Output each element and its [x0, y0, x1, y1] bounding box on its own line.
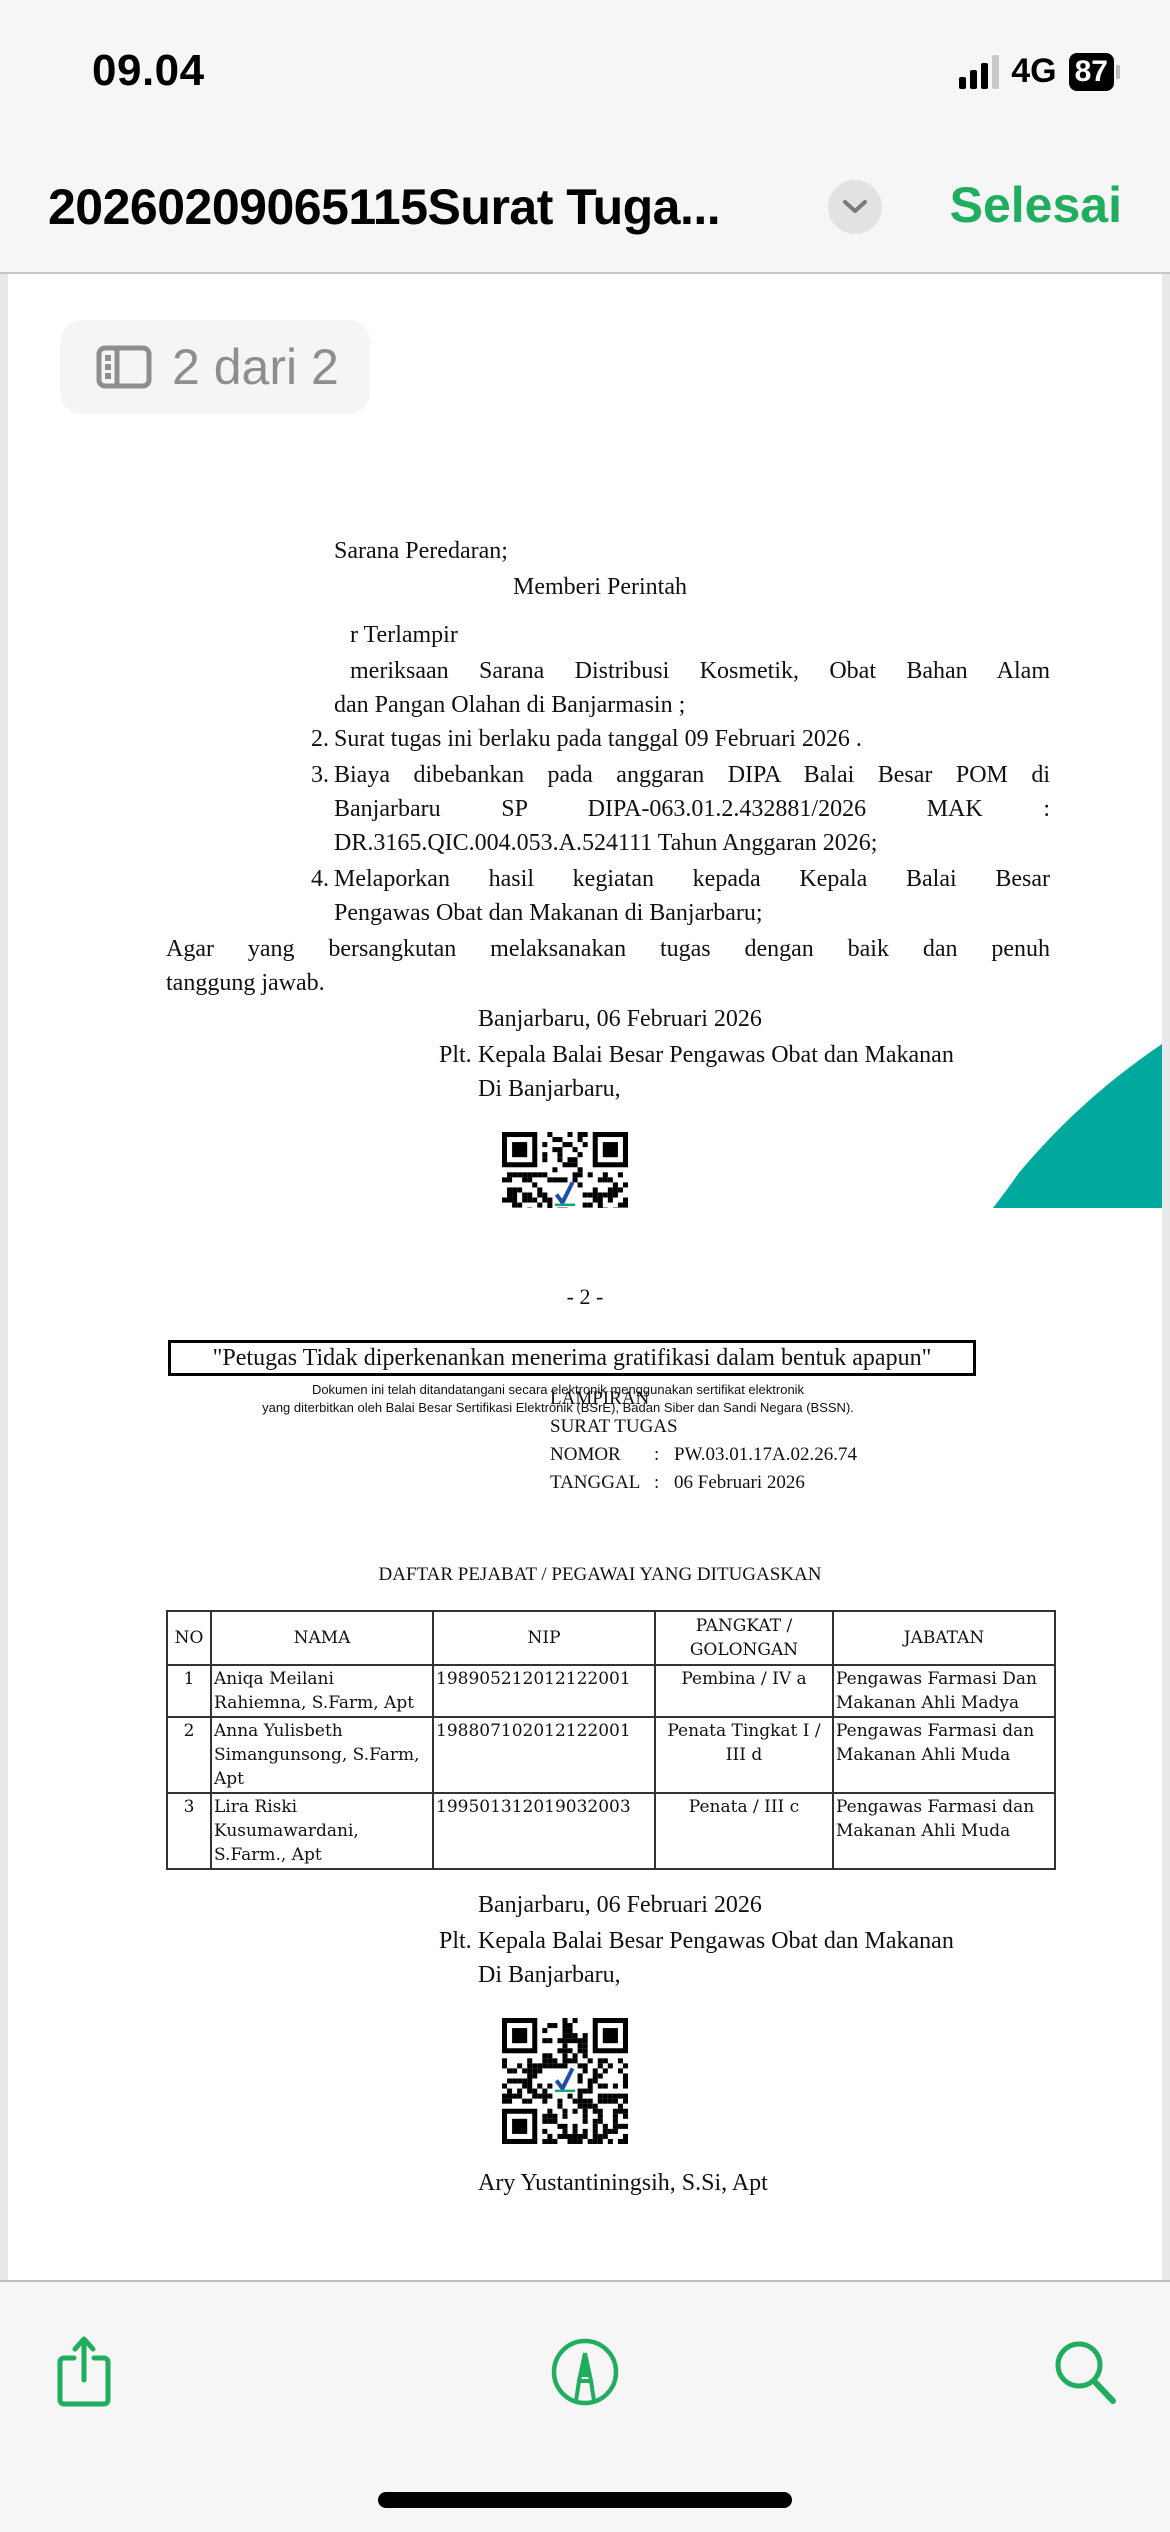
- tanggal-label: TANGGAL: [550, 1468, 654, 1498]
- text-line: meriksaan Sarana Distribusi Kosmetik, Ob…: [350, 654, 1050, 688]
- search-button[interactable]: [1036, 2322, 1136, 2422]
- section-heading: Memberi Perintah: [8, 570, 1162, 604]
- closing-text: tanggung jawab.: [166, 966, 325, 1000]
- surat-tugas-label: SURAT TUGAS: [550, 1412, 857, 1442]
- list-item-text: Melaporkan hasil kegiatan kepada Kepala …: [334, 862, 1050, 896]
- list-item-text: Biaya dibebankan pada anggaran DIPA Bala…: [334, 758, 1050, 792]
- header-pangkat: PANGKAT / GOLONGAN: [655, 1611, 833, 1665]
- cell-jabatan: Pengawas Farmasi dan Makanan Ahli Muda: [833, 1717, 1055, 1793]
- esign-notice-line-1: Dokumen ini telah ditandatangani secara …: [148, 1382, 968, 1397]
- search-icon: [1051, 2337, 1121, 2407]
- list-number: 4.: [311, 862, 329, 896]
- signature-position: Kepala Balai Besar Pengawas Obat dan Mak…: [478, 1924, 954, 1958]
- chevron-down-icon: [842, 199, 868, 215]
- cell-nama: Aniqa Meilani Rahiemna, S.Farm, Apt: [211, 1665, 433, 1717]
- signature-place-date: Banjarbaru, 06 Februari 2026: [478, 1002, 762, 1036]
- cell-jabatan: Pengawas Farmasi Dan Makanan Ahli Madya: [833, 1665, 1055, 1717]
- share-icon: [54, 2334, 114, 2410]
- list-number: 3.: [311, 758, 329, 792]
- document-title[interactable]: 20260209065115Surat Tuga...: [48, 178, 720, 236]
- nomor-label: NOMOR: [550, 1440, 654, 1470]
- document-viewer[interactable]: Sarana Peredaran; Memberi Perintah r Ter…: [0, 274, 1170, 2280]
- cell-nama: Lira Riski Kusumawardani, S.Farm., Apt: [211, 1793, 433, 1869]
- cell-pangkat: Penata Tingkat I / III d: [655, 1717, 833, 1793]
- table-title: DAFTAR PEJABAT / PEGAWAI YANG DITUGASKAN: [8, 1564, 1162, 1586]
- markup-button[interactable]: [535, 2322, 635, 2422]
- network-type: 4G: [1011, 52, 1056, 91]
- page-number: - 2 -: [8, 1284, 1162, 1310]
- cell-no: 3: [167, 1793, 211, 1869]
- text-line: dan Pangan Olahan di Banjarmasin ;: [334, 688, 685, 722]
- cell-nip: 198807102012122001: [433, 1717, 655, 1793]
- tanggal-value: 06 Februari 2026: [674, 1468, 805, 1498]
- list-item-text: Pengawas Obat dan Makanan di Banjarbaru;: [334, 896, 763, 930]
- signature-location: Di Banjarbaru,: [478, 1958, 621, 1992]
- signature-prefix: Plt.: [439, 1038, 472, 1072]
- status-bar: 09.04 4G 87: [0, 0, 1170, 150]
- table-row: 2Anna Yulisbeth Simangunsong, S.Farm, Ap…: [167, 1717, 1055, 1793]
- gratification-notice: "Petugas Tidak diperkenankan menerima gr…: [168, 1340, 976, 1376]
- signature-position: Kepala Balai Besar Pengawas Obat dan Mak…: [478, 1038, 954, 1072]
- cell-nip: 199501312019032003: [433, 1793, 655, 1869]
- markup-pen-icon: [550, 2337, 620, 2407]
- signatory-name: Ary Yustantiningsih, S.Si, Apt: [478, 2166, 768, 2200]
- cellular-signal-icon: [959, 55, 999, 89]
- signature-location: Di Banjarbaru,: [478, 1072, 621, 1106]
- home-indicator[interactable]: [378, 2492, 792, 2508]
- status-indicators: 4G 87: [959, 52, 1120, 91]
- list-item-text: Banjarbaru SP DIPA-063.01.2.432881/2026 …: [334, 792, 1050, 826]
- header-jabatan: JABATAN: [833, 1611, 1055, 1665]
- list-number: 2.: [311, 722, 329, 756]
- cell-no: 2: [167, 1717, 211, 1793]
- table-row: 3Lira Riski Kusumawardani, S.Farm., Apt1…: [167, 1793, 1055, 1869]
- navigation-bar: 20260209065115Surat Tuga... Selesai: [0, 150, 1170, 274]
- header-nama: NAMA: [211, 1611, 433, 1665]
- cell-pangkat: Pembina / IV a: [655, 1665, 833, 1717]
- battery-level: 87: [1069, 53, 1114, 91]
- battery-icon: 87: [1069, 53, 1120, 91]
- page-counter[interactable]: 2 dari 2: [60, 320, 370, 414]
- text-line: Sarana Peredaran;: [334, 534, 508, 568]
- esign-notice-line-2: yang diterbitkan oleh Balai Besar Sertif…: [148, 1400, 968, 1415]
- closing-text: Agar yang bersangkutan melaksanakan tuga…: [166, 932, 1050, 966]
- header-no: NO: [167, 1611, 211, 1665]
- signature-qr-code: [502, 2018, 628, 2144]
- cell-jabatan: Pengawas Farmasi dan Makanan Ahli Muda: [833, 1793, 1055, 1869]
- cell-nama: Anna Yulisbeth Simangunsong, S.Farm, Apt: [211, 1717, 433, 1793]
- nomor-value: PW.03.01.17A.02.26.74: [674, 1440, 857, 1470]
- signature-place-date: Banjarbaru, 06 Februari 2026: [478, 1888, 762, 1922]
- header-nip: NIP: [433, 1611, 655, 1665]
- list-item-text: DR.3165.QIC.004.053.A.524111 Tahun Angga…: [334, 826, 877, 860]
- cell-pangkat: Penata / III c: [655, 1793, 833, 1869]
- share-button[interactable]: [34, 2322, 134, 2422]
- text-line: r Terlampir: [350, 618, 458, 652]
- cell-nip: 198905212012122001: [433, 1665, 655, 1717]
- signature-prefix: Plt.: [439, 1924, 472, 1958]
- cell-no: 1: [167, 1665, 211, 1717]
- list-item-text: Surat tugas ini berlaku pada tanggal 09 …: [334, 722, 862, 756]
- page-counter-text: 2 dari 2: [172, 338, 339, 396]
- table-row: 1Aniqa Meilani Rahiemna, S.Farm, Apt1989…: [167, 1665, 1055, 1717]
- staff-table: NO NAMA NIP PANGKAT / GOLONGAN JABATAN 1…: [166, 1610, 1056, 1870]
- colon: :: [654, 1440, 674, 1470]
- sidebar-thumbnails-icon: [96, 345, 152, 389]
- done-button[interactable]: Selesai: [950, 176, 1122, 234]
- colon: :: [654, 1468, 674, 1498]
- title-menu-button[interactable]: [828, 180, 882, 234]
- status-time: 09.04: [92, 46, 205, 96]
